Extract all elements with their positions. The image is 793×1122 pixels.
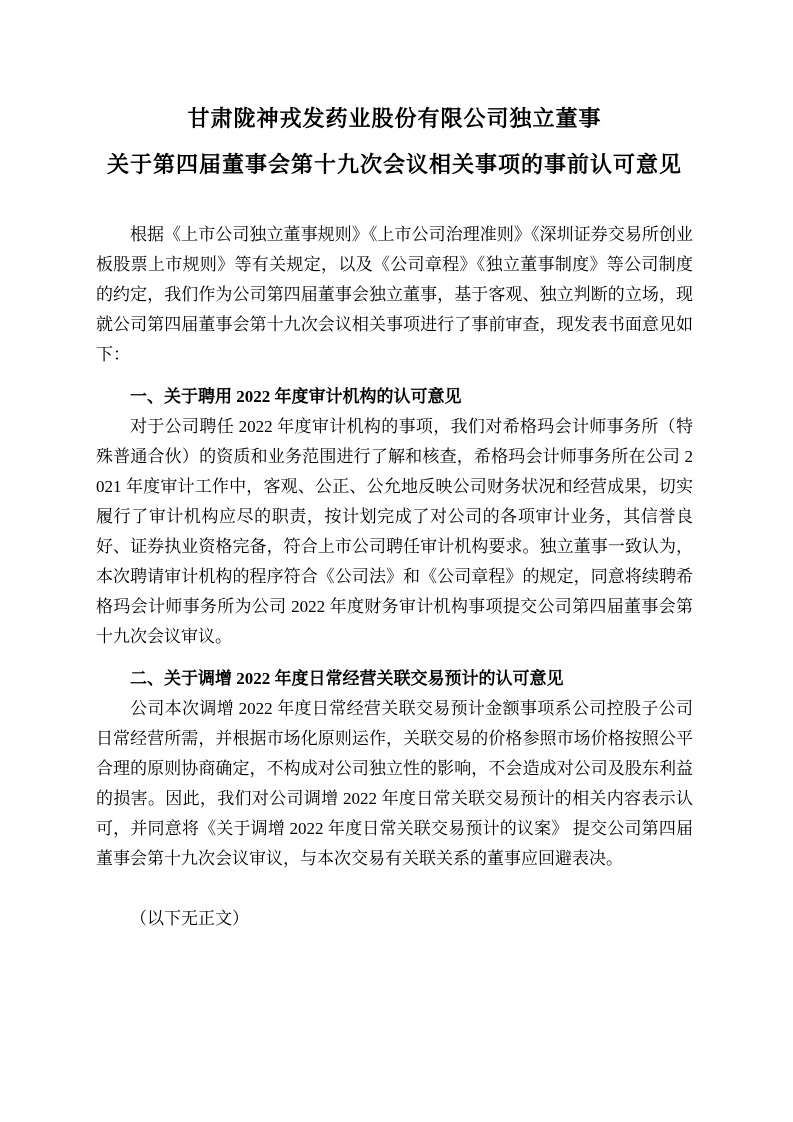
- doc-title-line2: 关于第四届董事会第十九次会议相关事项的事前认可意见: [96, 142, 693, 188]
- closing-note: （以下无正文）: [96, 904, 693, 934]
- section-2-body: 公司本次调增 2022 年度日常经营关联交易预计金额事项系公司控股子公司日常经营…: [96, 694, 693, 874]
- document-page: 甘肃陇神戎发药业股份有限公司独立董事 关于第四届董事会第十九次会议相关事项的事前…: [0, 0, 793, 1122]
- section-2-heading: 二、关于调增 2022 年度日常经营关联交易预计的认可意见: [96, 664, 693, 694]
- doc-title: 甘肃陇神戎发药业股份有限公司独立董事 关于第四届董事会第十九次会议相关事项的事前…: [96, 96, 693, 188]
- intro-paragraph: 根据《上市公司独立董事规则》《上市公司治理准则》《深圳证券交易所创业板股票上市规…: [96, 220, 693, 370]
- document-content: 甘肃陇神戎发药业股份有限公司独立董事 关于第四届董事会第十九次会议相关事项的事前…: [0, 0, 793, 934]
- doc-title-line1: 甘肃陇神戎发药业股份有限公司独立董事: [96, 96, 693, 142]
- section-1-body: 对于公司聘任 2022 年度审计机构的事项，我们对希格玛会计师事务所（特殊普通合…: [96, 412, 693, 652]
- section-1-heading: 一、关于聘用 2022 年度审计机构的认可意见: [96, 382, 693, 412]
